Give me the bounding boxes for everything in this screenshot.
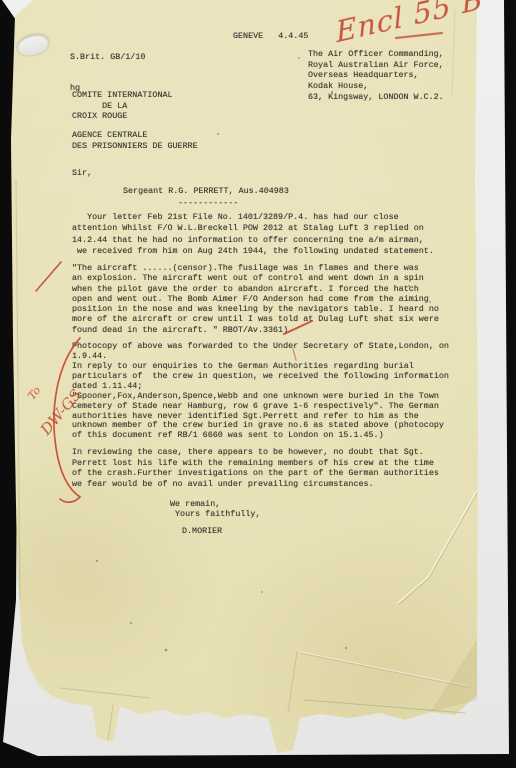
typed-line: position in the nose and was kneeling by…: [72, 304, 439, 314]
subject-underline: ------------: [178, 198, 238, 208]
typed-line: DE LA: [72, 101, 173, 112]
paragraph-3: Photocopy of above was forwarded to the …: [72, 341, 449, 362]
typed-line: CROIX ROUGE: [72, 111, 173, 122]
typed-line: "The aircraft ......(censor).The fusilag…: [72, 263, 439, 273]
typed-line: 14.2.44 that he had no information to of…: [72, 235, 434, 246]
recipient-address: The Air Officer Commanding,Royal Austral…: [308, 49, 444, 103]
typed-line: an explosion. The aircraft went out of c…: [72, 273, 439, 283]
typed-line: when the pilot gave the order to abandon…: [72, 284, 439, 294]
typed-line: AGENCE CENTRALE: [72, 130, 198, 141]
paragraph-4: In reply to our enquiries to the German …: [72, 362, 449, 441]
witness-statement: "The aircraft ......(censor).The fusilag…: [72, 263, 439, 335]
paragraph-1: Your letter Feb 21st File No. 1401/3289/…: [72, 212, 434, 257]
typed-line: Overseas Headquarters,: [308, 70, 444, 81]
letterhead-agency: AGENCE CENTRALEDES PRISONNIERS DE GUERRE: [72, 130, 198, 151]
typed-line: COMITE INTERNATIONAL: [72, 90, 173, 101]
typed-line: Royal Australian Air Force,: [308, 60, 444, 71]
letterhead-org: COMITE INTERNATIONAL DE LACROIX ROUGE: [72, 90, 173, 122]
typed-line: Kodak House,: [308, 81, 444, 92]
salutation: Sir,: [72, 168, 92, 178]
typed-line: of this document ref RB/1 6660 was sent …: [72, 431, 449, 441]
typed-line: Photocopy of above was forwarded to the …: [72, 341, 449, 351]
subject-line: Sergeant R.G. PERRETT, Aus.404983: [123, 186, 289, 196]
scanned-letter-photo: S.Brit. GB/1/10 hg GENEVE 4.4.45 The Air…: [0, 0, 516, 768]
typed-line: attention Whilst F/O W.L.Breckell POW 20…: [72, 223, 434, 234]
typed-line: we received from him on Aug 24th 1944, t…: [72, 246, 434, 257]
typed-line: We remain,: [170, 499, 260, 509]
typed-line: DES PRISONNIERS DE GUERRE: [72, 141, 198, 152]
typed-line: Perrett lost his life with the remaining…: [72, 458, 439, 469]
closing: We remain, Yours faithfully,: [170, 499, 260, 520]
typed-line: In reviewing the case, there appears to …: [72, 447, 439, 458]
typed-line: found dead in the aircraft. " RBOT/Av.33…: [72, 325, 439, 335]
paragraph-5: In reviewing the case, there appears to …: [72, 447, 439, 489]
typed-line: 63, Kingsway, LONDON W.C.2.: [308, 92, 444, 103]
typed-line: open and went out. The Bomb Aimer F/O An…: [72, 294, 439, 304]
typed-line: The Air Officer Commanding,: [308, 49, 444, 60]
typed-line: Yours faithfully,: [170, 509, 260, 519]
signature: D.MORIER: [182, 526, 222, 536]
place-date: GENEVE 4.4.45: [233, 31, 308, 41]
typed-line: Your letter Feb 21st File No. 1401/3289/…: [72, 212, 434, 223]
file-ref-number: S.Brit. GB/1/10: [70, 52, 145, 62]
typed-line: of the crash.Further investigations on t…: [72, 468, 439, 479]
typed-line: we fear would be of no avail under preva…: [72, 479, 439, 490]
typed-line: more of the aircraft or crew until I was…: [72, 314, 439, 324]
